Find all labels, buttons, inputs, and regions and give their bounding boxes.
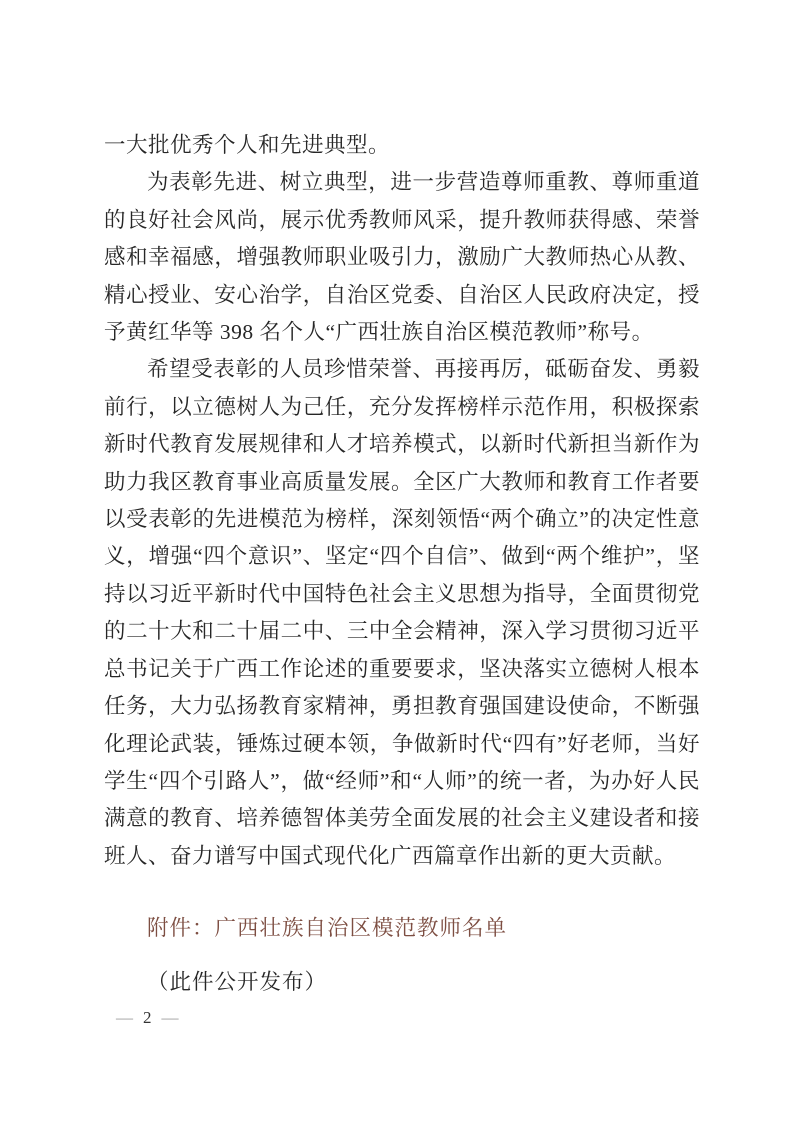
document-page: 一大批优秀个人和先进典型。 为表彰先进、树立典型，进一步营造尊师重教、尊师重道的… [0,0,800,1131]
body-paragraph: 为表彰先进、树立典型，进一步营造尊师重教、尊师重道的良好社会风尚，展示优秀教师风… [104,164,700,351]
body-paragraph: 希望受表彰的人员珍惜荣誉、再接再厉，砥砺奋发、勇毅前行，以立德树人为己任，充分发… [104,351,700,875]
attachment-line: 附件：广西壮族自治区模范教师名单 [104,910,700,947]
page-number: 2 [139,1008,156,1027]
publish-note: （此件公开发布） [104,964,700,1001]
body-paragraph-continuation: 一大批优秀个人和先进典型。 [104,127,700,164]
footer-left-dash: — [110,1008,139,1027]
footer-right-dash: — [156,1008,185,1027]
page-footer: —2— [110,1006,185,1030]
document-body: 一大批优秀个人和先进典型。 为表彰先进、树立典型，进一步营造尊师重教、尊师重道的… [104,127,700,875]
